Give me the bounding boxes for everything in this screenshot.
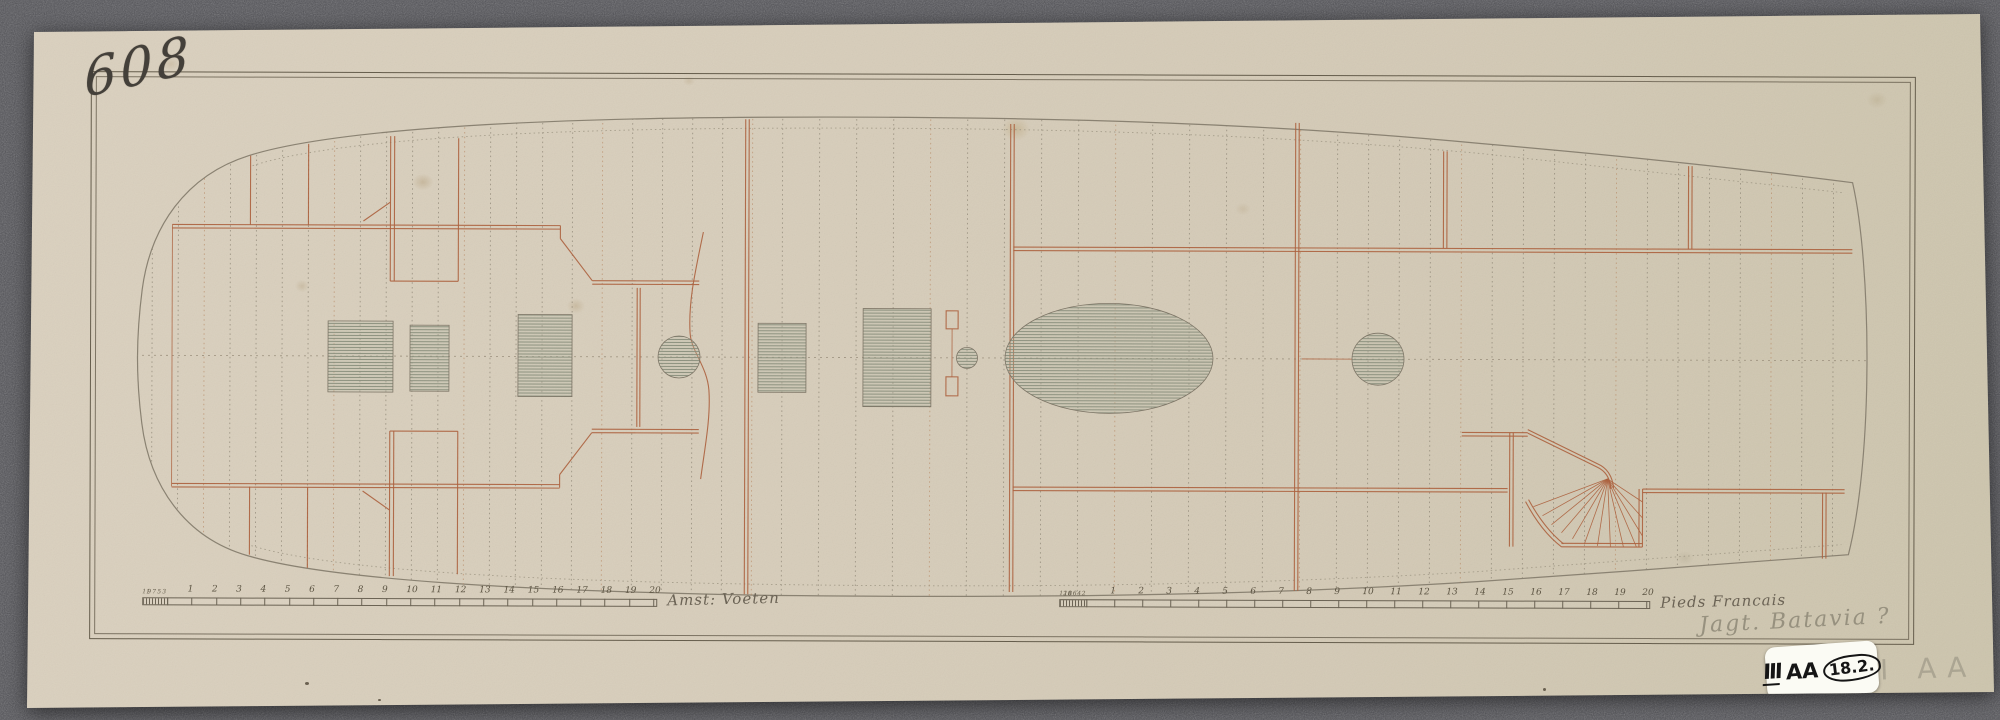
scale-foot-label: 8	[358, 585, 364, 595]
stair-tread-line	[1561, 479, 1607, 533]
deck-beam-line	[661, 81, 663, 637]
deck-beam-line	[1262, 83, 1264, 639]
scale-foot-tick	[1646, 601, 1647, 609]
scale-foot-tick	[556, 599, 557, 607]
deck-beam-line	[515, 80, 517, 636]
hatched-openings	[328, 301, 1404, 414]
scale-foot-tick	[1422, 600, 1423, 608]
stair-tread-line	[1543, 479, 1608, 516]
deck-beam-line	[281, 80, 283, 636]
deck-beam-line	[1584, 84, 1586, 640]
deck-beam-line	[203, 80, 205, 636]
scale-foot-tick	[192, 597, 193, 605]
scale-foot-tick	[1310, 600, 1311, 608]
deck-beam-line	[1739, 84, 1741, 640]
border-frame-inner	[94, 76, 1911, 640]
scale-foot-label: 2	[212, 585, 218, 595]
scale-foot-tick	[459, 598, 460, 606]
scale-foot-tick	[435, 598, 436, 606]
scale-foot-label: 9	[1334, 587, 1340, 597]
pencil-shelf-mark: I AA	[1879, 650, 1976, 686]
deck-beam-line	[229, 80, 231, 636]
scale-foot-label: 8	[1306, 587, 1312, 597]
main-hatch-ellipse	[1005, 303, 1213, 414]
scale-foot-label: 18	[601, 586, 612, 596]
scale-subdivision-label: 2	[1082, 590, 1086, 597]
deck-beam-line	[307, 80, 309, 636]
deck-beam-line	[601, 81, 603, 637]
scale-foot-tick	[1282, 600, 1283, 608]
scale-foot-tick	[1198, 600, 1199, 608]
scale-subdivision-label: 9	[147, 588, 151, 595]
scale-foot-tick	[580, 599, 581, 607]
deck-beam-line	[1225, 83, 1227, 639]
deck-beam-line	[1553, 84, 1555, 640]
deck-beam-line	[177, 79, 179, 635]
scale-foot-tick	[1086, 599, 1087, 607]
stair-tread-line	[1551, 479, 1607, 525]
stair-treads	[1533, 479, 1642, 547]
scale-foot-tick	[1226, 600, 1227, 608]
deck-beam-line	[691, 81, 693, 637]
deck-beam-line	[1801, 85, 1803, 641]
deck-beam-line	[1040, 82, 1042, 638]
deck-beam-line	[571, 81, 573, 637]
hatch-grating	[863, 309, 931, 407]
scale-foot-label: 19	[625, 586, 636, 596]
stair-tread-line	[1608, 479, 1643, 518]
deck-beam-line	[855, 82, 857, 638]
scale-caption: Amst: Voeten	[667, 589, 780, 610]
scale-foot-tick	[264, 598, 265, 606]
scale-foot-label: 6	[1250, 587, 1256, 597]
scale-foot-label: 4	[260, 585, 266, 595]
scale-foot-label: 9	[382, 585, 388, 595]
deck-beam-line	[1646, 84, 1648, 640]
deck-beam-line	[255, 80, 257, 636]
scale-subdivision-label: 8	[1068, 590, 1072, 597]
scale-foot-tick	[1394, 600, 1395, 608]
deck-beam-line	[541, 81, 543, 637]
scale-foot-label: 19	[1614, 588, 1625, 598]
scale-foot-tick	[1562, 601, 1563, 609]
stair-tread-line	[1607, 479, 1623, 547]
scale-foot-label: 11	[431, 585, 442, 595]
scale-foot-label: 5	[285, 585, 291, 595]
scale-foot-tick	[289, 598, 290, 606]
scale-foot-tick	[1450, 600, 1451, 608]
deck-beam-line	[1336, 83, 1338, 639]
hatch-grating	[410, 325, 449, 391]
hatch-grating	[758, 323, 806, 392]
deck-beam-line	[1615, 84, 1617, 640]
scale-foot-tick	[653, 599, 654, 607]
deck-beam-line	[1367, 83, 1369, 639]
scale-foot-tick	[1142, 599, 1143, 607]
scale-subdivision-label: 7	[152, 588, 156, 595]
scale-foot-tick	[167, 597, 168, 605]
hull-outline	[137, 115, 1868, 600]
scale-foot-label: 15	[528, 586, 539, 596]
deck-beam-line	[1151, 82, 1153, 638]
scale-foot-label: 17	[576, 586, 587, 596]
scale-bar-amsterdam-feet: 1197531234567891011121314151617181920Ams…	[142, 584, 835, 620]
deck-beam-line	[437, 80, 439, 636]
scale-foot-label: 13	[479, 585, 490, 595]
red-structure-lines	[171, 117, 1852, 597]
pump-circle	[956, 347, 977, 368]
deck-beam-line	[818, 81, 820, 637]
scale-caption: Pieds Francais	[1660, 591, 1786, 612]
deck-beam-line	[333, 80, 335, 636]
stair-tread-line	[1534, 479, 1608, 507]
scale-foot-label: 13	[1446, 587, 1457, 597]
scale-foot-tick	[629, 599, 630, 607]
deck-beam-line	[1460, 83, 1462, 639]
hatch-grating	[518, 314, 572, 396]
scale-foot-label: 2	[1138, 586, 1144, 596]
deck-beam-line	[966, 82, 968, 638]
scale-foot-tick	[1254, 600, 1255, 608]
scale-foot-tick	[1170, 600, 1171, 608]
scale-foot-label: 12	[455, 585, 466, 595]
scale-foot-label: 6	[309, 585, 315, 595]
scale-foot-tick	[532, 599, 533, 607]
scale-foot-label: 20	[649, 586, 660, 596]
scale-foot-label: 17	[1558, 588, 1569, 598]
scale-foot-label: 16	[1530, 588, 1541, 598]
deck-beam-line	[151, 79, 153, 635]
deck-beam-line	[1429, 83, 1431, 639]
sticker-series: III	[1763, 661, 1781, 686]
scale-foot-label: 16	[552, 586, 563, 596]
scale-subdivision-label: 3	[162, 588, 166, 595]
deck-beam-line	[1770, 84, 1772, 640]
deck-beam-line	[1491, 84, 1493, 640]
scale-foot-label: 7	[333, 585, 339, 595]
stair-tread-line	[1607, 479, 1642, 536]
deck-beam-line	[1299, 83, 1301, 639]
deck-beam-line	[929, 82, 931, 638]
scale-foot-tick	[605, 599, 606, 607]
deck-beam-line	[1522, 84, 1524, 640]
scale-foot-tick	[1114, 599, 1115, 607]
sticker-letters: AA	[1786, 658, 1818, 684]
scale-foot-label: 1	[1110, 586, 1116, 596]
stair-tread-line	[1572, 479, 1607, 539]
scale-foot-label: 14	[503, 585, 514, 595]
scale-foot-label: 5	[1222, 587, 1228, 597]
deck-beam-line	[385, 80, 387, 636]
deck-edge-dotted-top	[253, 126, 1843, 192]
deck-beam-line	[1398, 83, 1400, 639]
scale-foot-tick	[1366, 600, 1367, 608]
scale-foot-tick	[507, 598, 508, 606]
deck-beam-line	[631, 81, 633, 637]
scale-foot-tick	[362, 598, 363, 606]
border-frame-outer	[89, 71, 1916, 645]
deck-beam-line	[892, 82, 894, 638]
stair-tread-line	[1607, 479, 1636, 547]
scale-foot-tick	[410, 598, 411, 606]
scale-foot-label: 3	[1166, 587, 1172, 597]
scale-foot-tick	[483, 598, 484, 606]
deck-beam-line	[489, 80, 491, 636]
deck-beam-line	[1708, 84, 1710, 640]
scale-foot-tick	[1478, 601, 1479, 609]
deck-beam-line	[359, 80, 361, 636]
stair-tread-line	[1607, 479, 1610, 547]
scale-foot-label: 1	[188, 584, 194, 594]
scale-subdivision-block	[1060, 600, 1087, 606]
scale-foot-tick	[337, 598, 338, 606]
scale-foot-label: 10	[1362, 587, 1373, 597]
deck-beam-line	[1003, 82, 1005, 638]
archive-classification-sticker: III AA 18.2.	[1764, 640, 1879, 700]
scale-foot-label: 12	[1418, 587, 1429, 597]
deck-beam-line	[463, 80, 465, 636]
stair-tread-line	[1608, 479, 1643, 502]
scale-foot-tick	[1534, 601, 1535, 609]
mast-circle	[658, 336, 700, 378]
stair-tread-line	[1584, 479, 1607, 544]
scale-subdivision-block	[143, 598, 168, 604]
inventory-number: 608	[83, 25, 194, 111]
sticker-number-circled: 18.2.	[1822, 651, 1882, 684]
deck-beam-line	[1077, 82, 1079, 638]
deck-beam-line	[781, 81, 783, 637]
paper-sheet: 608	[0, 0, 2000, 720]
scale-foot-tick	[386, 598, 387, 606]
deck-edge-dotted-bottom	[251, 540, 1841, 589]
scale-subdivision-label: 6	[1073, 590, 1077, 597]
scale-foot-tick	[240, 598, 241, 606]
deck-beam-line	[751, 81, 753, 637]
mast-circle	[1352, 333, 1404, 385]
scale-foot-tick	[216, 598, 217, 606]
deck-beam-line	[1677, 84, 1679, 640]
photographed-archive-sheet: 608	[0, 0, 2000, 720]
scale-foot-label: 10	[406, 585, 417, 595]
scale-foot-tick	[1338, 600, 1339, 608]
scale-subdivision-label: 5	[157, 588, 161, 595]
scale-foot-tick	[1618, 601, 1619, 609]
deck-beam-line	[411, 80, 413, 636]
stair-tread-line	[1597, 479, 1607, 546]
scale-foot-label: 4	[1194, 587, 1200, 597]
scale-foot-label: 15	[1502, 588, 1513, 598]
deck-beam-line	[1832, 85, 1834, 641]
scale-foot-tick	[1506, 601, 1507, 609]
deck-beam-lines	[151, 79, 1834, 640]
deck-beam-line	[1114, 82, 1116, 638]
scale-foot-label: 18	[1586, 588, 1597, 598]
scale-foot-label: 20	[1642, 588, 1653, 598]
deck-beam-line	[1188, 83, 1190, 639]
scale-foot-tick	[313, 598, 314, 606]
scale-foot-label: 7	[1278, 587, 1284, 597]
scale-subdivision-label: 4	[1077, 590, 1081, 597]
paper-shadow-wrap: 608	[0, 0, 2000, 720]
scale-foot-label: 3	[236, 585, 242, 595]
centerline	[130, 355, 1870, 360]
deck-beam-line	[721, 81, 723, 637]
staircase	[1461, 429, 1642, 547]
scale-foot-label: 11	[1390, 587, 1401, 597]
hatch-grating	[328, 321, 393, 392]
scale-foot-label: 14	[1474, 587, 1485, 597]
drawing-content: 608	[0, 0, 2000, 720]
scale-foot-tick	[1590, 601, 1591, 609]
